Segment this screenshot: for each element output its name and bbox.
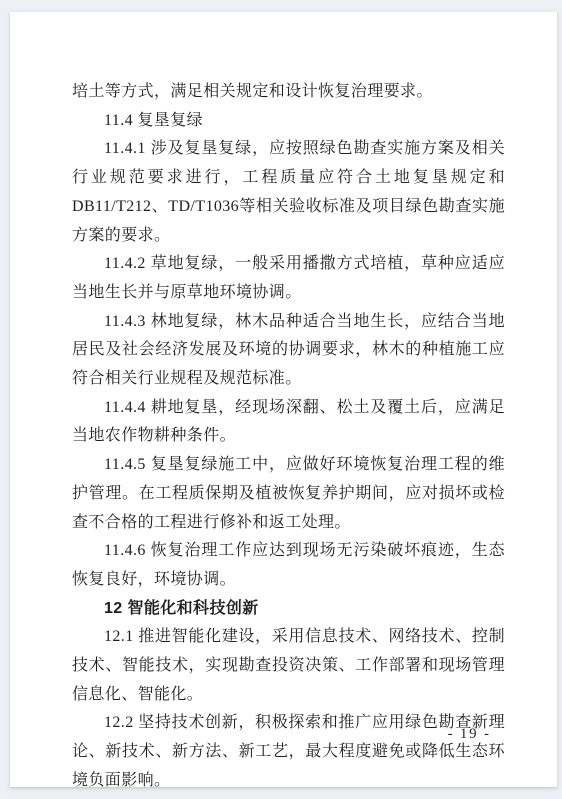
paragraph: 12.2 坚持技术创新，积极探索和推广应用绿色勘查新理论、新技术、新方法、新工艺… bbox=[72, 709, 505, 795]
document-viewer-canvas: 培土等方式，满足相关规定和设计恢复治理要求。11.4 复垦复绿11.4.1 涉及… bbox=[0, 0, 562, 799]
paragraph: 11.4.6 恢复治理工作应达到现场无污染破坏痕迹，生态恢复良好，环境协调。 bbox=[72, 537, 505, 594]
paragraph: 12.1 推进智能化建设，采用信息技术、网络技术、控制技术、智能技术，实现勘查投… bbox=[72, 623, 505, 709]
paragraph: 11.4 复垦复绿 bbox=[72, 107, 505, 136]
paragraph: 11.4.4 耕地复垦，经现场深翻、松土及覆土后，应满足当地农作物耕种条件。 bbox=[72, 394, 505, 451]
paragraph: 11.4.2 草地复绿，一般采用播撒方式培植，草种应适应当地生长并与原草地环境协… bbox=[72, 250, 505, 307]
paragraph: 11.4.1 涉及复垦复绿，应按照绿色勘查实施方案及相关行业规范要求进行，工程质… bbox=[72, 135, 505, 250]
paragraph: 11.4.5 复垦复绿施工中，应做好环境恢复治理工程的维护管理。在工程质保期及植… bbox=[72, 451, 505, 537]
document-page: 培土等方式，满足相关规定和设计恢复治理要求。11.4 复垦复绿11.4.1 涉及… bbox=[10, 12, 557, 787]
document-body: 培土等方式，满足相关规定和设计恢复治理要求。11.4 复垦复绿11.4.1 涉及… bbox=[10, 12, 557, 796]
paragraph: 培土等方式，满足相关规定和设计恢复治理要求。 bbox=[72, 78, 505, 107]
page-number: - 19 - bbox=[448, 726, 491, 743]
paragraph: 11.4.3 林地复绿，林木品种适合当地生长，应结合当地居民及社会经济发展及环境… bbox=[72, 308, 505, 394]
paragraph: 12 智能化和科技创新 bbox=[72, 595, 505, 624]
